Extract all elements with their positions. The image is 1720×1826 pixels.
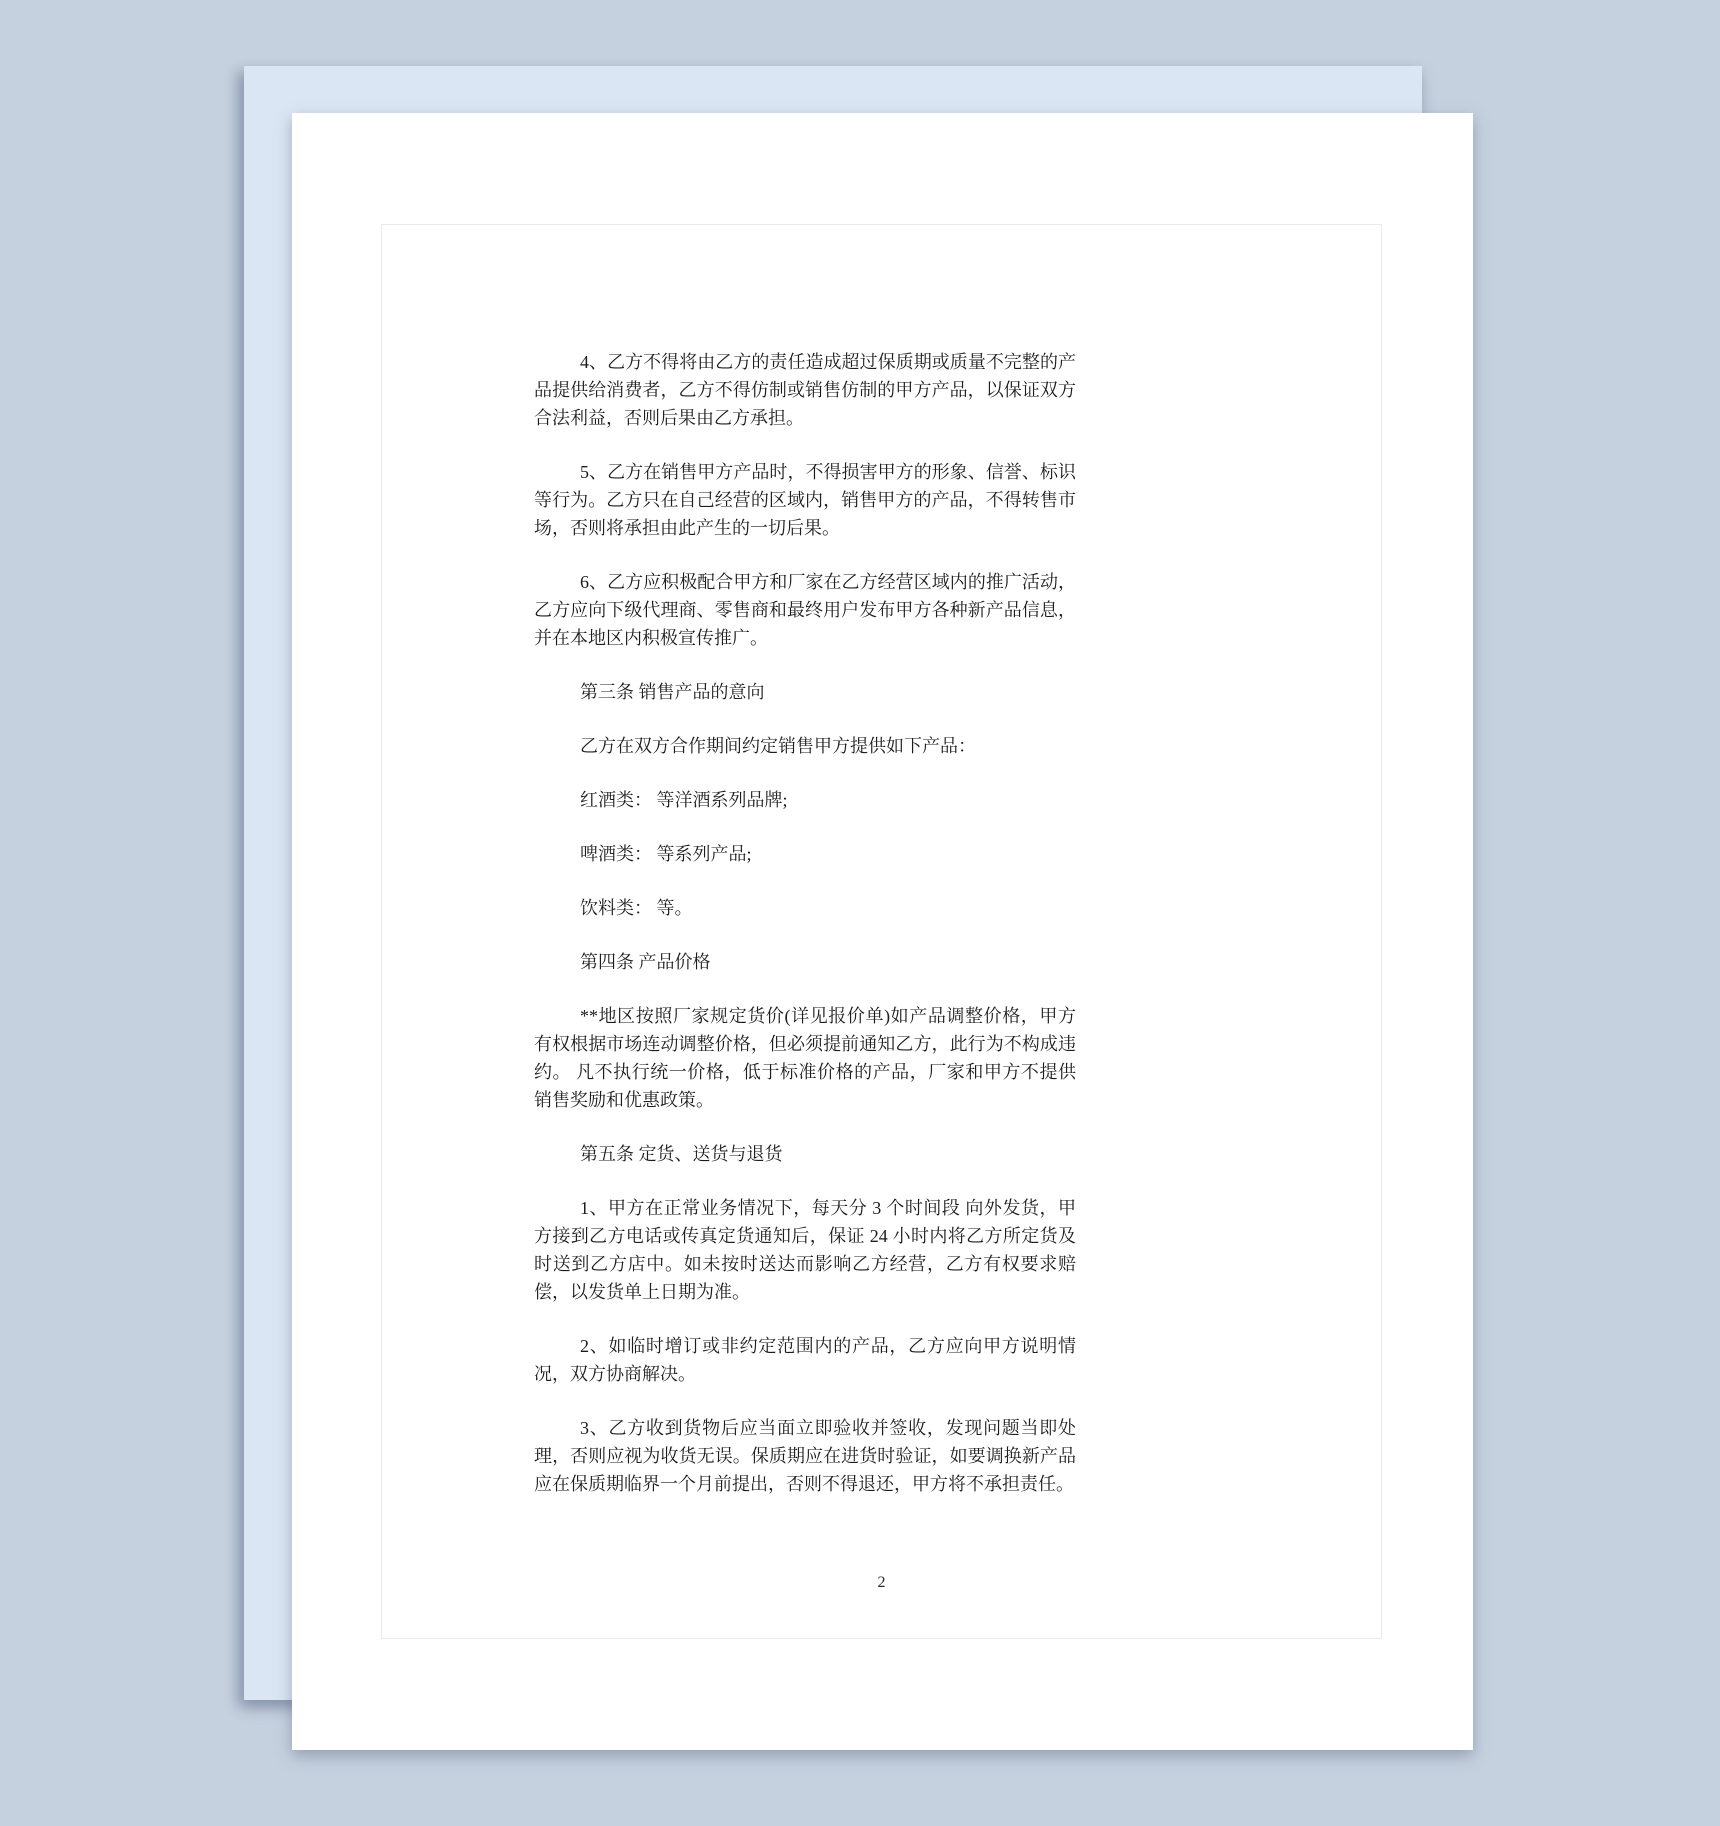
paragraph: 第四条 产品价格 bbox=[534, 948, 1076, 976]
paragraph: 啤酒类： 等系列产品; bbox=[534, 840, 1076, 868]
page-background: { "page": { "background_color": "#c6d1df… bbox=[0, 0, 1720, 1826]
paragraph: 乙方在双方合作期间约定销售甲方提供如下产品： bbox=[534, 732, 1076, 760]
paragraph: 5、乙方在销售甲方产品时，不得损害甲方的形象、信誉、标识等行为。乙方只在自己经营… bbox=[534, 458, 1076, 542]
paragraph: 红酒类： 等洋酒系列品牌; bbox=[534, 786, 1076, 814]
paragraph: 饮料类： 等。 bbox=[534, 894, 1076, 922]
paragraph: 3、乙方收到货物后应当面立即验收并签收，发现问题当即处理，否则应视为收货无误。保… bbox=[534, 1414, 1076, 1498]
paragraph: 6、乙方应积极配合甲方和厂家在乙方经营区域内的推广活动，乙方应向下级代理商、零售… bbox=[534, 568, 1076, 652]
paragraph: 4、乙方不得将由乙方的责任造成超过保质期或质量不完整的产品提供给消费者，乙方不得… bbox=[534, 348, 1076, 432]
paragraph: **地区按照厂家规定货价(详见报价单)如产品调整价格，甲方有权根据市场连动调整价… bbox=[534, 1002, 1076, 1114]
paragraph: 第三条 销售产品的意向 bbox=[534, 678, 1076, 706]
content-frame: 4、乙方不得将由乙方的责任造成超过保质期或质量不完整的产品提供给消费者，乙方不得… bbox=[381, 224, 1382, 1639]
document-sheet: 4、乙方不得将由乙方的责任造成超过保质期或质量不完整的产品提供给消费者，乙方不得… bbox=[292, 113, 1473, 1750]
document-body: 4、乙方不得将由乙方的责任造成超过保质期或质量不完整的产品提供给消费者，乙方不得… bbox=[534, 348, 1076, 1498]
paragraph: 2、如临时增订或非约定范围内的产品，乙方应向甲方说明情况，双方协商解决。 bbox=[534, 1332, 1076, 1388]
paragraph: 1、甲方在正常业务情况下，每天分 3 个时间段 向外发货，甲方接到乙方电话或传真… bbox=[534, 1194, 1076, 1306]
paragraph: 第五条 定货、送货与退货 bbox=[534, 1140, 1076, 1168]
page-number: 2 bbox=[382, 1573, 1381, 1593]
